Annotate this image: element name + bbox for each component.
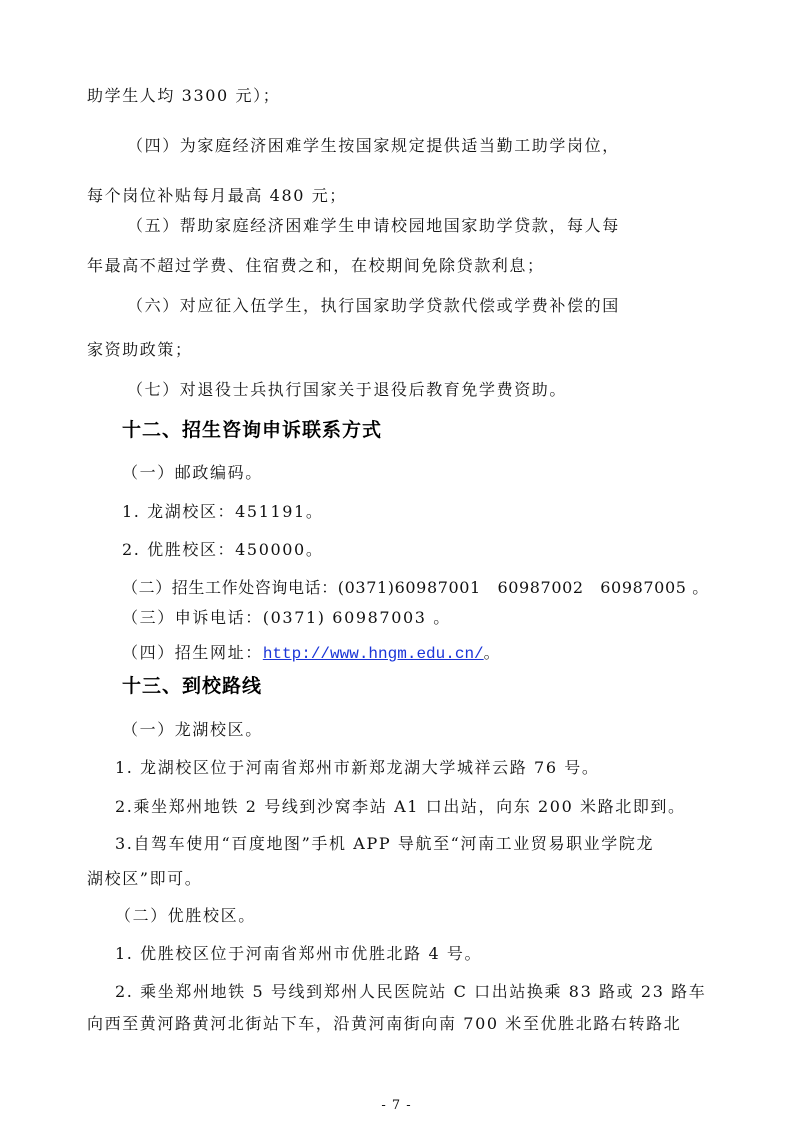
yousheng-campus-title: （二）优胜校区。 [115,906,256,926]
consult-phone: （二）招生工作处咨询电话：(0371)60987001 60987002 609… [122,578,709,598]
website-line: （四）招生网址：http://www.hngm.edu.cn/。 [122,643,501,664]
route-item: 1. 优胜校区位于河南省郑州市优胜北路 4 号。 [115,944,482,964]
route-item: 湖校区”即可。 [87,869,202,889]
route-item: 1. 龙湖校区位于河南省郑州市新郑龙湖大学城祥云路 76 号。 [115,758,599,778]
route-item: 3.自驾车使用“百度地图”手机 APP 导航至“河南工业贸易职业学院龙 [115,834,654,854]
postal-code-yousheng: 2. 优胜校区：450000。 [122,540,323,560]
section-heading-13: 十三、到校路线 [122,676,262,696]
route-item: 向西至黄河路黄河北街站下车，沿黄河南街向南 700 米至优胜北路右转路北 [87,1014,681,1034]
paragraph-line: （七）对退役士兵执行国家关于退役后教育免学费资助。 [127,380,567,400]
route-item: 2.乘坐郑州地铁 2 号线到沙窝李站 A1 口出站，向东 200 米路北即到。 [115,797,686,817]
paragraph-line: （四）为家庭经济困难学生按国家规定提供适当勤工助学岗位， [127,136,620,156]
route-item: 2. 乘坐郑州地铁 5 号线到郑州人民医院站 C 口出站换乘 83 路或 23 … [115,982,706,1002]
postal-code-title: （一）邮政编码。 [122,463,263,483]
section-heading-12: 十二、招生咨询申诉联系方式 [122,420,382,440]
postal-code-longhu: 1. 龙湖校区：451191。 [122,502,323,522]
paragraph-line: 家资助政策； [87,340,193,360]
paragraph-line: （六）对应征入伍学生，执行国家助学贷款代偿或学费补偿的国 [127,296,620,316]
longhu-campus-title: （一）龙湖校区。 [122,720,263,740]
document-page: 助学生人均 3300 元）； （四）为家庭经济困难学生按国家规定提供适当勤工助学… [0,0,793,1122]
paragraph-line: 助学生人均 3300 元）； [87,86,280,106]
page-number: - 7 - [0,1098,793,1113]
paragraph-line: （五）帮助家庭经济困难学生申请校园地国家助学贷款，每人每 [127,216,620,236]
website-link[interactable]: http://www.hngm.edu.cn/ [263,645,484,663]
website-suffix: 。 [484,643,502,662]
paragraph-line: 年最高不超过学费、住宿费之和，在校期间免除贷款利息； [87,256,545,276]
website-label: （四）招生网址： [122,643,263,662]
appeal-phone: （三）申诉电话：(0371) 60987003 。 [122,608,451,628]
paragraph-line: 每个岗位补贴每月最高 480 元； [87,186,347,206]
